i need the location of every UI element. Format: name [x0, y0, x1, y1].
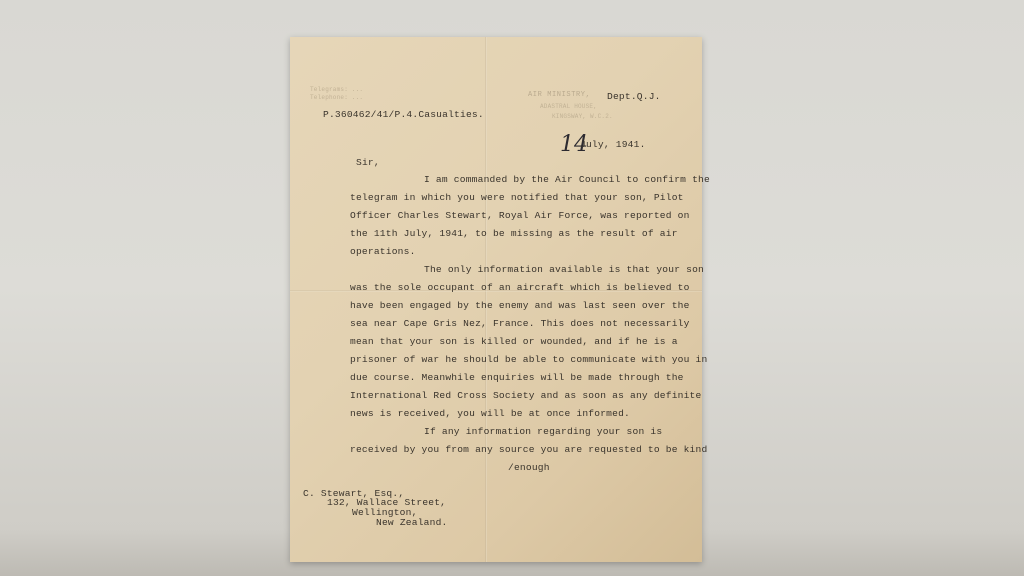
body-line: news is received, you will be at once in… [350, 409, 630, 419]
body-line: operations. [350, 247, 416, 257]
letter-page: Telegrams: ... Telephone: ... AIR MINIST… [290, 37, 702, 562]
body-line: prisoner of war he should be able to com… [350, 355, 707, 365]
body-line: due course. Meanwhile enquiries will be … [350, 373, 684, 383]
body-line: was the sole occupant of an aircraft whi… [350, 283, 690, 293]
reference-number: P.360462/41/P.4.Casualties. [323, 110, 484, 120]
body-line: International Red Cross Society and as s… [350, 391, 701, 401]
body-line: have been engaged by the enemy and was l… [350, 301, 690, 311]
body-line: If any information regarding your son is [424, 427, 662, 437]
letterhead-left-line1: Telegrams: ... [310, 87, 363, 93]
body-line: the 11th July, 1941, to be missing as th… [350, 229, 678, 239]
recipient-country: New Zealand. [376, 518, 448, 528]
body-line: received by you from any source you are … [350, 445, 707, 455]
body-line: I am commanded by the Air Council to con… [424, 175, 710, 185]
continuation-marker: /enough [508, 463, 550, 473]
letterhead-address-line1: ADASTRAL HOUSE, [540, 104, 597, 110]
body-line: sea near Cape Gris Nez, France. This doe… [350, 319, 690, 329]
body-line: mean that your son is killed or wounded,… [350, 337, 678, 347]
body-line: Officer Charles Stewart, Royal Air Force… [350, 211, 690, 221]
letterhead-left-line2: Telephone: ... [310, 95, 363, 101]
letterhead-address-line2: KINGSWAY, W.C.2. [552, 114, 613, 120]
letterhead-ministry: AIR MINISTRY, [528, 92, 590, 99]
body-line: The only information available is that y… [424, 265, 704, 275]
salutation: Sir, [356, 158, 380, 168]
typed-date: July, 1941. [580, 140, 646, 150]
department-code: Dept.Q.J. [607, 92, 661, 102]
body-line: telegram in which you were notified that… [350, 193, 684, 203]
